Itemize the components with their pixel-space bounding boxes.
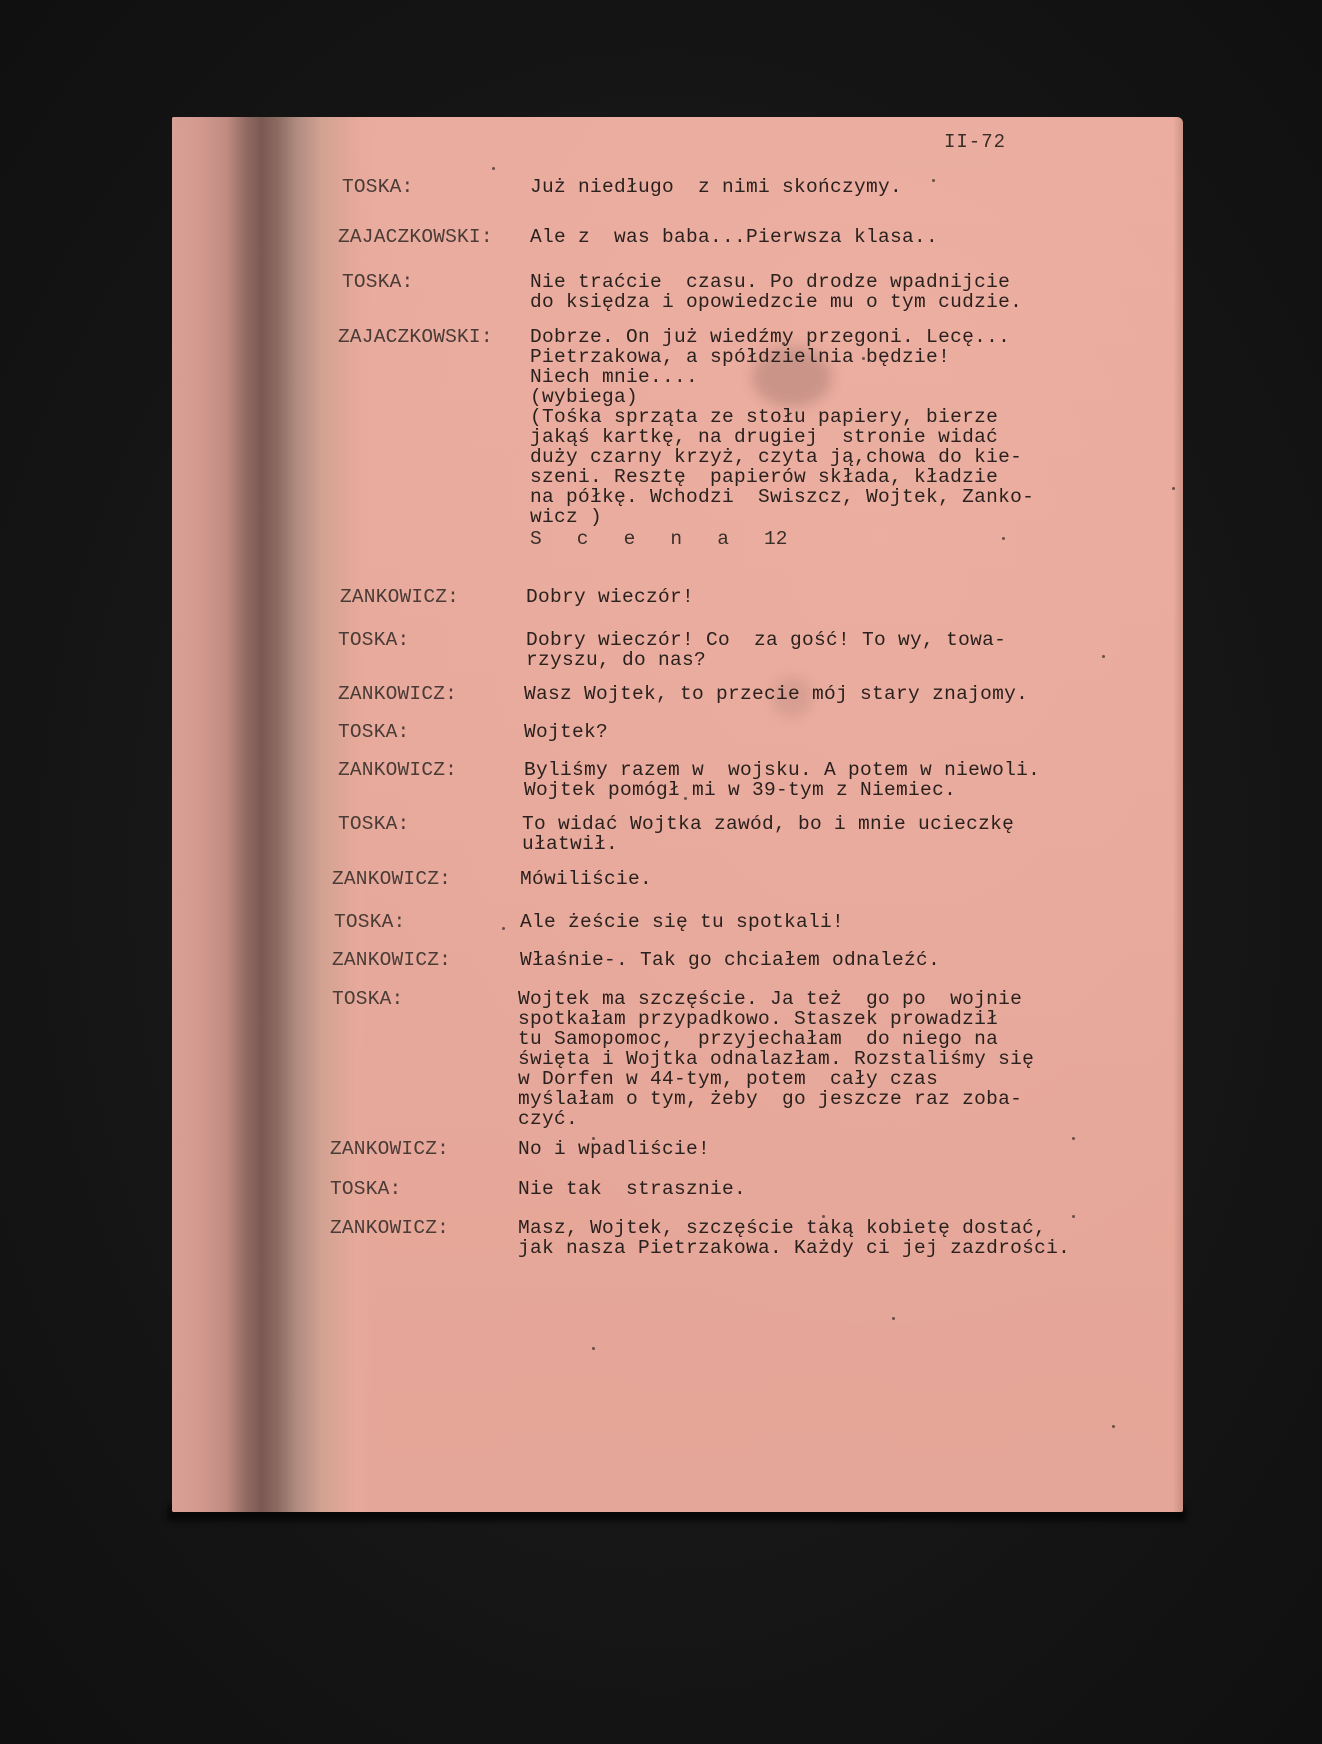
speech-text: jak nasza Pietrzakowa. Każdy ci jej zazd… — [518, 1238, 1070, 1258]
page-number: II-72 — [944, 131, 1006, 153]
ink-speck — [1072, 1137, 1075, 1140]
page-edge — [1173, 117, 1183, 1512]
speaker-name: ZANKOWICZ: — [332, 950, 451, 970]
speech-text: (wybiega) — [530, 387, 638, 407]
speaker-name: ZANKOWICZ: — [338, 684, 457, 704]
speech-text: wicz ) — [530, 507, 602, 527]
ink-speck — [592, 1137, 595, 1140]
ink-speck — [822, 1215, 825, 1218]
speech-text: myślałam o tym, żeby go jeszcze raz zoba… — [518, 1089, 1022, 1109]
speech-text: Masz, Wojtek, szczęście taką kobietę dos… — [518, 1218, 1046, 1238]
speaker-name: TOSKA: — [332, 989, 403, 1009]
speaker-name: TOSKA: — [334, 912, 405, 932]
speech-text: Dobry wieczór! Co za gość! To wy, towa- — [526, 630, 1006, 650]
scene-heading: S c e n a 12 — [530, 529, 787, 549]
speech-text: Pietrzakowa, a spółdzielnia będzie! — [530, 347, 950, 367]
speech-text: szeni. Resztę papierów składa, kładzie — [530, 467, 998, 487]
speaker-name: TOSKA: — [338, 630, 409, 650]
speech-text: ułatwił. — [522, 834, 618, 854]
speech-text: Ale żeście się tu spotkali! — [520, 912, 844, 932]
ink-speck — [492, 167, 495, 170]
speech-text: do księdza i opowiedzcie mu o tym cudzie… — [530, 292, 1022, 312]
speech-text: tu Samopomoc, przyjechałam do niego na — [518, 1029, 998, 1049]
speech-text: Wojtek ma szczęście. Ja też go po wojnie — [518, 989, 1022, 1009]
ink-speck — [1002, 537, 1005, 540]
speech-text: (Tośka sprząta ze stołu papiery, bierze — [530, 407, 998, 427]
speech-text: czyć. — [518, 1109, 578, 1129]
speaker-name: ZANKOWICZ: — [340, 587, 459, 607]
speech-text: Mówiliście. — [520, 869, 652, 889]
speaker-name: TOSKA: — [342, 272, 413, 292]
speech-text: święta i Wojtka odnalazłam. Rozstaliśmy … — [518, 1049, 1034, 1069]
ink-speck — [1072, 1215, 1075, 1218]
ink-speck — [502, 927, 505, 930]
speech-text: Wojtek pomógł mi w 39-tym z Niemiec. — [524, 780, 956, 800]
speaker-name: ZANKOWICZ: — [332, 869, 451, 889]
ink-speck — [932, 179, 935, 182]
ink-speck — [862, 357, 865, 360]
speech-text: To widać Wojtka zawód, bo i mnie ucieczk… — [522, 814, 1014, 834]
speech-text: Ale z was baba...Pierwsza klasa.. — [530, 227, 938, 247]
speaker-name: ZANKOWICZ: — [330, 1218, 449, 1238]
ink-speck — [782, 342, 785, 345]
ink-speck — [1172, 487, 1175, 490]
speech-text: Właśnie-. Tak go chciałem odnaleźć. — [520, 950, 940, 970]
speech-text: rzyszu, do nas? — [526, 650, 706, 670]
speech-text: na półkę. Wchodzi Swiszcz, Wojtek, Zanko… — [530, 487, 1034, 507]
ink-speck — [592, 1347, 595, 1350]
speech-text: w Dorfen w 44-tym, potem cały czas — [518, 1069, 938, 1089]
speech-text: spotkałam przypadkowo. Staszek prowadził — [518, 1009, 998, 1029]
ink-speck — [684, 797, 687, 800]
speech-text: jakąś kartkę, na drugiej stronie widać — [530, 427, 998, 447]
speaker-name: ZAJACZKOWSKI: — [338, 327, 493, 347]
speaker-name: TOSKA: — [342, 177, 413, 197]
ink-speck — [1102, 655, 1105, 658]
speaker-name: ZANKOWICZ: — [338, 760, 457, 780]
speaker-name: TOSKA: — [338, 814, 409, 834]
speech-text: Byliśmy razem w wojsku. A potem w niewol… — [524, 760, 1040, 780]
speech-text: Dobrze. On już wiedźmy przegoni. Lecę... — [530, 327, 1010, 347]
speech-text: Już niedługo z nimi skończymy. — [530, 177, 902, 197]
speech-text: Dobry wieczór! — [526, 587, 694, 607]
speech-text: Nie tak strasznie. — [518, 1179, 746, 1199]
speech-text: Nie traćcie czasu. Po drodze wpadnijcie — [530, 272, 1010, 292]
speech-text: Niech mnie.... — [530, 367, 698, 387]
speaker-name: TOSKA: — [330, 1179, 401, 1199]
speaker-name: TOSKA: — [338, 722, 409, 742]
speech-text: Wojtek? — [524, 722, 608, 742]
speech-text: No i wpadliście! — [518, 1139, 710, 1159]
script-page: II-72 TOSKA:Już niedługo z nimi skończym… — [172, 117, 1183, 1512]
speech-text: duży czarny krzyż, czyta ją,chowa do kie… — [530, 447, 1022, 467]
ink-speck — [892, 1317, 895, 1320]
speaker-name: ZANKOWICZ: — [330, 1139, 449, 1159]
speaker-name: ZAJACZKOWSKI: — [338, 227, 493, 247]
speech-text: Wasz Wojtek, to przecie mój stary znajom… — [524, 684, 1028, 704]
ink-speck — [1112, 1425, 1115, 1428]
